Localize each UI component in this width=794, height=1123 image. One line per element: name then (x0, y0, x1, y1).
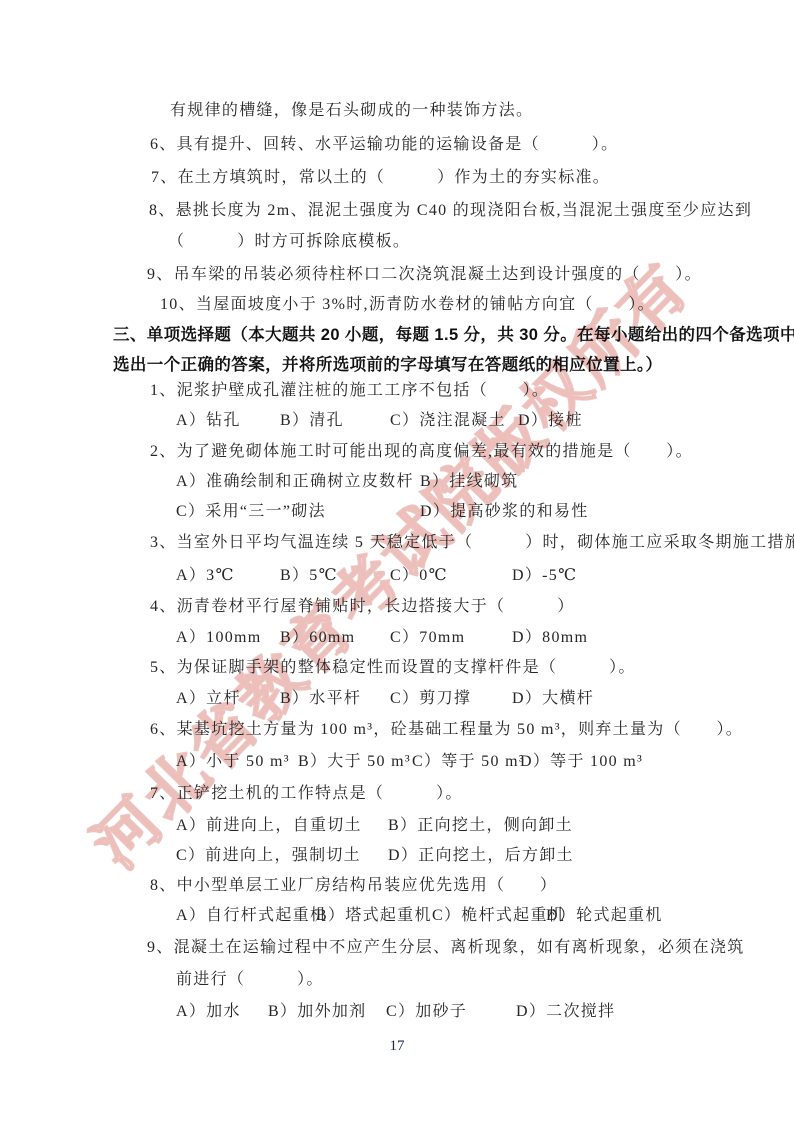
mc-q2-option-d: D）提高砂浆的和易性 (420, 498, 589, 521)
mc-q7-option-d: D）正向挖土，后方卸土 (388, 842, 574, 865)
mc-q6-option-a: A）小于 50 m³ (176, 748, 290, 771)
mc-q1-option-b: B）清孔 (280, 407, 344, 430)
mc-q8-option-a: A）自行杆式起重机 (176, 902, 327, 925)
fillblank-q5-continuation: 有规律的槽缝，像是石头砌成的一种装饰方法。 (170, 97, 533, 120)
mc-q7-option-b: B）正向挖土，侧向卸土 (388, 812, 573, 835)
mc-q9-option-b: B）加外加剂 (268, 998, 366, 1021)
mc-q3-stem: 3、当室外日平均气温连续 5 天稳定低于（ ）时，砌体施工应采取冬期施工措施。 (150, 529, 794, 552)
mc-q6-option-b: B）大于 50 m³ (298, 748, 411, 771)
mc-q3-option-a: A）3℃ (176, 562, 235, 585)
fillblank-q6: 6、具有提升、回转、水平运输功能的运输设备是（ ）。 (150, 131, 618, 154)
section3-heading-line1: 三、单项选择题（本大题共 20 小题，每题 1.5 分，共 30 分。在每小题给… (113, 321, 794, 345)
mc-q4-option-b: B）60mm (280, 624, 355, 647)
mc-q3-option-b: B）5℃ (280, 562, 338, 585)
mc-q5-option-c: C）剪刀撑 (390, 685, 471, 708)
mc-q2-option-a: A）准确绘制和正确树立皮数杆 (176, 468, 414, 491)
fillblank-q8-line2: （ ）时方可拆除底模板。 (168, 228, 410, 251)
mc-q7-stem: 7、正铲挖土机的工作特点是（ ）。 (150, 780, 463, 803)
mc-q6-stem: 6、某基坑挖土方量为 100 m³，砼基础工程量为 50 m³，则弃土量为（ ）… (150, 716, 743, 739)
mc-q4-option-a: A）100mm (176, 624, 262, 647)
mc-q5-option-b: B）水平杆 (280, 685, 361, 708)
mc-q1-option-c: C）浇注混凝土 (390, 407, 506, 430)
mc-q5-option-a: A）立杆 (176, 685, 241, 708)
mc-q5-stem: 5、为保证脚手架的整体稳定性而设置的支撑杆件是（ ）。 (150, 654, 636, 677)
mc-q1-option-a: A）钻孔 (176, 407, 241, 430)
mc-q2-stem: 2、为了避免砌体施工时可能出现的高度偏差,最有效的措施是（ ）。 (150, 438, 693, 461)
fillblank-q10: 10、当屋面坡度小于 3%时,沥青防水卷材的铺帖方向宜（ ）。 (160, 291, 655, 314)
exam-page: 河北省教育考试院版权所有 有规律的槽缝，像是石头砌成的一种装饰方法。 6、具有提… (0, 0, 794, 1123)
mc-q3-option-c: C）0℃ (390, 562, 448, 585)
mc-q4-option-d: D）80mm (512, 624, 588, 647)
mc-q7-option-c: C）前进向上，强制切土 (176, 842, 361, 865)
page-number: 17 (0, 1038, 794, 1055)
mc-q6-option-c: C）等于 50 m³ (412, 748, 525, 771)
mc-q9-stem-line1: 9、混凝土在运输过程中不应产生分层、离析现象，如有离析现象，必须在浇筑 (147, 934, 745, 957)
mc-q6-option-d: D）等于 100 m³ (520, 748, 643, 771)
mc-q7-option-a: A）前进向上，自重切土 (176, 812, 362, 835)
mc-q8-stem: 8、中小型单层工业厂房结构吊装应优先选用（ ） (150, 872, 557, 895)
mc-q3-option-d: D）-5℃ (512, 562, 577, 585)
fillblank-q8-line1: 8、悬挑长度为 2m、混泥土强度为 C40 的现浇阳台板,当混泥土强度至少应达到 (149, 197, 752, 220)
mc-q1-option-d: D）接桩 (518, 407, 583, 430)
mc-q1-stem: 1、泥浆护壁成孔灌注桩的施工工序不包括（ ）。 (150, 377, 549, 400)
mc-q2-option-c: C）采用“三一”砌法 (176, 498, 326, 521)
fillblank-q9: 9、吊车梁的吊装必须待柱杯口二次浇筑混凝土达到设计强度的（ ）。 (147, 261, 702, 284)
mc-q4-option-c: C）70mm (390, 624, 465, 647)
mc-q8-option-d: D）轮式起重机 (546, 902, 663, 925)
mc-q9-stem-line2: 前进行（ ）。 (176, 966, 324, 989)
mc-q5-option-d: D）大横杆 (512, 685, 594, 708)
mc-q4-stem: 4、沥青卷材平行屋脊铺贴时，长边搭接大于（ ） (150, 593, 575, 616)
mc-q9-option-d: D）二次搅拌 (516, 998, 615, 1021)
mc-q8-option-b: B）塔式起重机 (316, 902, 432, 925)
mc-q9-option-a: A）加水 (176, 998, 241, 1021)
mc-q2-option-b: B）挂线砌筑 (420, 468, 518, 491)
section3-heading-line2: 选出一个正确的答案，并将所选项前的字母填写在答题纸的相应位置上。） (113, 351, 662, 375)
fillblank-q7: 7、在土方填筑时，常以土的（ ）作为土的夯实标准。 (151, 164, 610, 187)
mc-q9-option-c: C）加砂子 (386, 998, 467, 1021)
